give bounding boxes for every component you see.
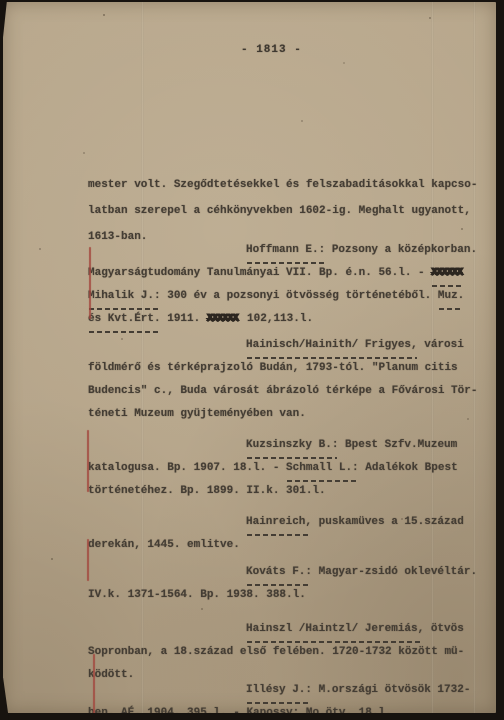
text-run: Budencis" c., Buda városát ábrázoló térk…	[88, 385, 477, 397]
entry-illesy-kapossy: Illésy J.: M.országi ötvösök 1732- ben. …	[88, 680, 480, 713]
text-run: M.országi ötvösök 1732-	[312, 684, 470, 696]
red-pencil-mark	[89, 247, 91, 319]
text-run: ötvös	[424, 623, 464, 635]
text-run: 1911.	[161, 313, 207, 325]
underlined-run: Kapossy: Mo.ötv. 18.l.	[246, 703, 391, 713]
underlined-run: Muz.	[438, 286, 464, 306]
text-run: Magyar-zsidó oklevéltár.	[312, 566, 477, 578]
text-line: katalogusa. Bp. 1907. 18.l. - Schmall L.…	[88, 458, 480, 481]
underlined-run: Mihalik J.:	[88, 286, 161, 306]
text-line: Sopronban, a 18.század első felében. 172…	[88, 642, 480, 665]
text-line: Hainszl /Haintzl/ Jeremiás, ötvös	[88, 619, 480, 642]
underlined-run: AÉ.	[121, 703, 141, 713]
underlined-run: Hainreich,	[246, 512, 312, 532]
text-run: 1904. 395.l. -	[141, 707, 247, 713]
document-page: - 1813 - mester volt. Szegődtetésekkel é…	[0, 0, 504, 720]
text-run: 300 év a pozsonyi ötvösség történetéből.	[161, 290, 438, 302]
text-run: Pozsony a középkorban.	[325, 244, 477, 256]
text-line: Kuzsinszky B.: Bpest Szfv.Muzeum	[88, 435, 480, 458]
text-run: 102,113.l.	[240, 313, 313, 325]
underlined-run: Hainisch/Hainith/ Frigyes,	[246, 335, 418, 355]
text-line: latban szerepel a céhkönyvekben 1602-ig.…	[88, 200, 480, 226]
red-pencil-mark	[93, 654, 95, 713]
text-line: Hainreich, puskamüves a 15.század	[88, 512, 480, 535]
struckout-run: XXXXXX	[207, 313, 241, 325]
text-run: mester volt. Szegődtetésekkel és felszab…	[88, 179, 477, 191]
paper: - 1813 - mester volt. Szegődtetésekkel é…	[3, 2, 496, 713]
text-run: téneti Muzeum gyüjteményében van.	[88, 408, 306, 420]
text-run: Bpest Szfv.Muzeum	[338, 439, 457, 451]
text-run: puskamüves a 15.század	[312, 516, 464, 528]
text-run: katalogusa. Bp. 1907. 18.l. -	[88, 462, 286, 474]
text-line: Budencis" c., Buda városát ábrázoló térk…	[88, 381, 480, 404]
text-line: Hoffmann E.: Pozsony a középkorban.	[88, 240, 480, 263]
red-pencil-mark	[87, 539, 89, 581]
text-run: Magyarságtudomány Tanulmányai VII. Bp. é…	[88, 267, 431, 279]
entry-hoffmann-mihalik: Hoffmann E.: Pozsony a középkorban. Magy…	[88, 240, 480, 332]
underlined-run: Hoffmann E.:	[246, 240, 325, 260]
text-line: Hainisch/Hainith/ Frigyes, városi	[88, 335, 480, 358]
text-run: városi	[418, 339, 464, 351]
underlined-run: Hainszl /Haintzl/ Jeremiás,	[246, 619, 424, 639]
text-run: földmérő és térképrajzoló Budán, 1793-tó…	[88, 362, 458, 374]
underlined-run: és Kvt.Ért.	[88, 309, 161, 329]
entry-kuzsinszky-schmall: Kuzsinszky B.: Bpest Szfv.Muzeum katalog…	[88, 435, 480, 504]
text-line: IV.k. 1371-1564. Bp. 1938. 388.l.	[88, 585, 480, 608]
text-run: latban szerepel a céhkönyvekben 1602-ig.…	[88, 205, 471, 217]
text-line: földmérő és térképrajzoló Budán, 1793-tó…	[88, 358, 480, 381]
text-line: mester volt. Szegődtetésekkel és felszab…	[88, 174, 480, 200]
red-pencil-mark	[87, 430, 89, 492]
text-run: történetéhez. Bp. 1899. II.k. 301.l.	[88, 485, 326, 497]
struckout-run: XXXXXX	[431, 263, 465, 283]
text-line: Kováts F.: Magyar-zsidó oklevéltár.	[88, 562, 480, 585]
text-run: derekán, 1445. emlitve.	[88, 539, 240, 551]
entry-hainszl: Hainszl /Haintzl/ Jeremiás, ötvös Sopron…	[88, 619, 480, 688]
underlined-run: Illésy J.:	[246, 680, 312, 700]
entry-hainisch: Hainisch/Hainith/ Frigyes, városi földmé…	[88, 335, 480, 427]
text-run: IV.k. 1371-1564. Bp. 1938. 388.l.	[88, 589, 306, 601]
text-line: derekán, 1445. emlitve.	[88, 535, 480, 558]
entry-kovats: Kováts F.: Magyar-zsidó oklevéltár. IV.k…	[88, 562, 480, 608]
underlined-run: Schmall L.:	[286, 458, 359, 478]
underlined-run: Kuzsinszky B.:	[246, 435, 338, 455]
text-line: Mihalik J.: 300 év a pozsonyi ötvösség t…	[88, 286, 480, 309]
page-number: - 1813 -	[241, 44, 302, 56]
text-run: Sopronban, a 18.század első felében. 172…	[88, 646, 464, 658]
text-line: és Kvt.Ért. 1911. XXXXXX 102,113.l.	[88, 309, 480, 332]
text-run: Adalékok Bpest	[359, 462, 458, 474]
text-line: történetéhez. Bp. 1899. II.k. 301.l.	[88, 481, 480, 504]
text-line: Magyarságtudomány Tanulmányai VII. Bp. é…	[88, 263, 480, 286]
text-line: ben. AÉ. 1904. 395.l. - Kapossy: Mo.ötv.…	[88, 703, 480, 713]
entry-hainreich: Hainreich, puskamüves a 15.század dereká…	[88, 512, 480, 558]
text-line: Illésy J.: M.országi ötvösök 1732-	[88, 680, 480, 703]
text-line: téneti Muzeum gyüjteményében van.	[88, 404, 480, 427]
underlined-run: Kováts F.:	[246, 562, 312, 582]
